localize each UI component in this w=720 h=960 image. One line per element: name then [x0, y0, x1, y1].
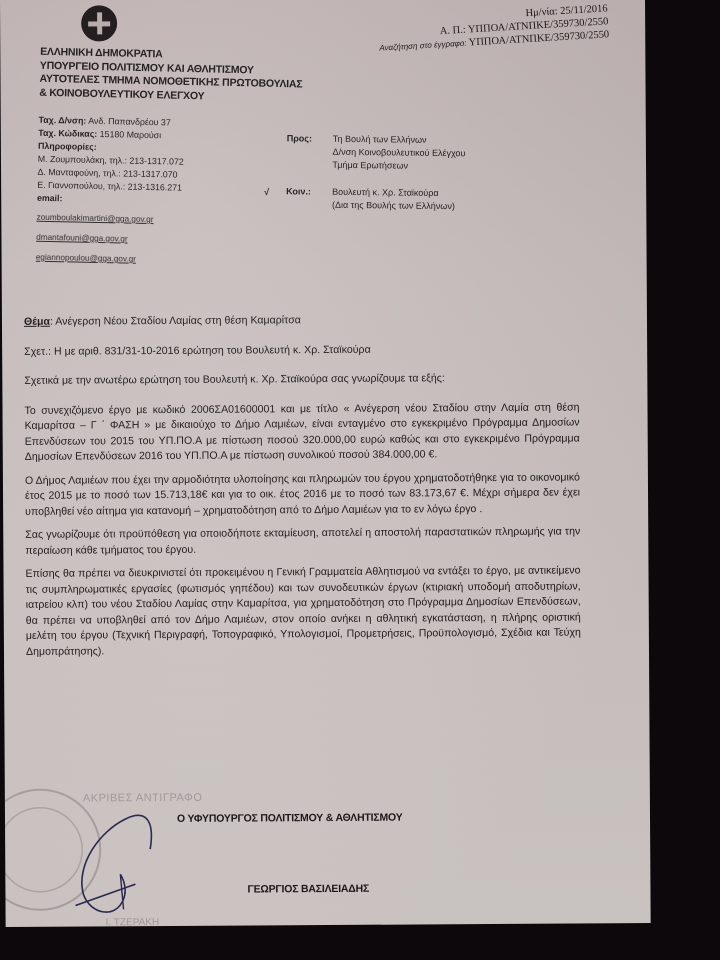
related-reference: Σχετ.: Η με αριθ. 831/31-10-2016 ερώτηση… — [24, 341, 579, 360]
signatory-title: Ο ΥΦΥΠΟΥΡΓΟΣ ΠΟΛΙΤΙΣΜΟΥ & ΑΘΛΗΤΙΣΜΟΥ — [177, 812, 403, 825]
handwritten-signature-icon — [5, 779, 206, 927]
check-mark-icon: √ — [264, 186, 269, 199]
reference-block: Ημ/νία: 25/11/2016 Α. Π.: ΥΠΠΟΑ/ΑΤΝΠΚΕ/3… — [377, 2, 609, 54]
cc-label: Κοιν.: — [286, 185, 332, 212]
body-paragraph: Το συνεχιζόμενο έργο με κωδικό 2006ΣΑ016… — [24, 400, 579, 465]
subject-line: Θέμα: Ανέγερση Νέου Σταδίου Λαμίας στη θ… — [24, 311, 579, 330]
address-value: Ανδ. Παπανδρέου 37 — [88, 116, 171, 128]
body-paragraph: Επίσης θα πρέπει να διευκρινιστεί ότι πρ… — [25, 563, 581, 659]
to-label: Προς: — [286, 132, 332, 172]
document-page: ΕΛΛΗΝΙΚΗ ΔΗΜΟΚΡΑΤΙΑ ΥΠΟΥΡΓΕΙΟ ΠΟΛΙΤΙΣΜΟΥ… — [0, 0, 651, 927]
body-paragraph: Ο Δήμος Λαμιέων που έχει την αρμοδιότητα… — [25, 470, 580, 520]
to-line: Τμήμα Ερωτήσεων — [332, 159, 465, 174]
email-label: email: — [37, 193, 63, 204]
recipients-block: Προς: Τη Βουλή των Ελλήνων Δ/νση Κοινοβο… — [286, 132, 466, 213]
info-label: Πληροφορίες: — [38, 141, 97, 152]
stamp-officer-name: Ι. ΤΖΕΡΑΚΗ — [106, 917, 160, 927]
email-link[interactable]: dmantafouni@gga.gov.gr — [36, 231, 182, 248]
issuing-organization: ΕΛΛΗΝΙΚΗ ΔΗΜΟΚΡΑΤΙΑ ΥΠΟΥΡΓΕΙΟ ΠΟΛΙΤΙΣΜΟΥ… — [39, 46, 303, 106]
email-link[interactable]: egiannopoulou@gga.gov.gr — [36, 251, 182, 268]
search-reference-label: Αναζήτηση στο έγγραφο: — [379, 39, 467, 53]
sender-info: Ταχ. Δ/νση: Ανδ. Παπανδρέου 37 Ταχ. Κώδι… — [36, 114, 185, 268]
cc-line: (Δια της Βουλής των Ελλήνων) — [332, 199, 455, 213]
signatory-name: ΓΕΩΡΓΙΟΣ ΒΑΣΙΛΕΙΑΔΗΣ — [247, 883, 369, 896]
body-paragraph: Σας γνωρίζουμε ότι προϋπόθεση για οποιοδ… — [25, 524, 580, 558]
postcode-label: Ταχ. Κώδικας: — [38, 128, 97, 139]
subject-label: Θέμα — [24, 316, 50, 328]
postcode-value: 15180 Μαρούσι — [100, 129, 162, 140]
letter-body: Θέμα: Ανέγερση Νέου Σταδίου Λαμίας στη θ… — [24, 311, 581, 667]
greek-coat-of-arms-icon — [81, 5, 117, 41]
subject-text: : Ανέγερση Νέου Σταδίου Λαμίας στη θέση … — [50, 314, 301, 328]
address-label: Ταχ. Δ/νση: — [38, 115, 86, 126]
email-link[interactable]: zoumboulakimartini@gga.gov.gr — [36, 211, 182, 228]
page-number: 1 — [606, 926, 612, 927]
intro-paragraph: Σχετικά με την ανωτέρω ερώτηση του Βουλε… — [24, 370, 579, 389]
